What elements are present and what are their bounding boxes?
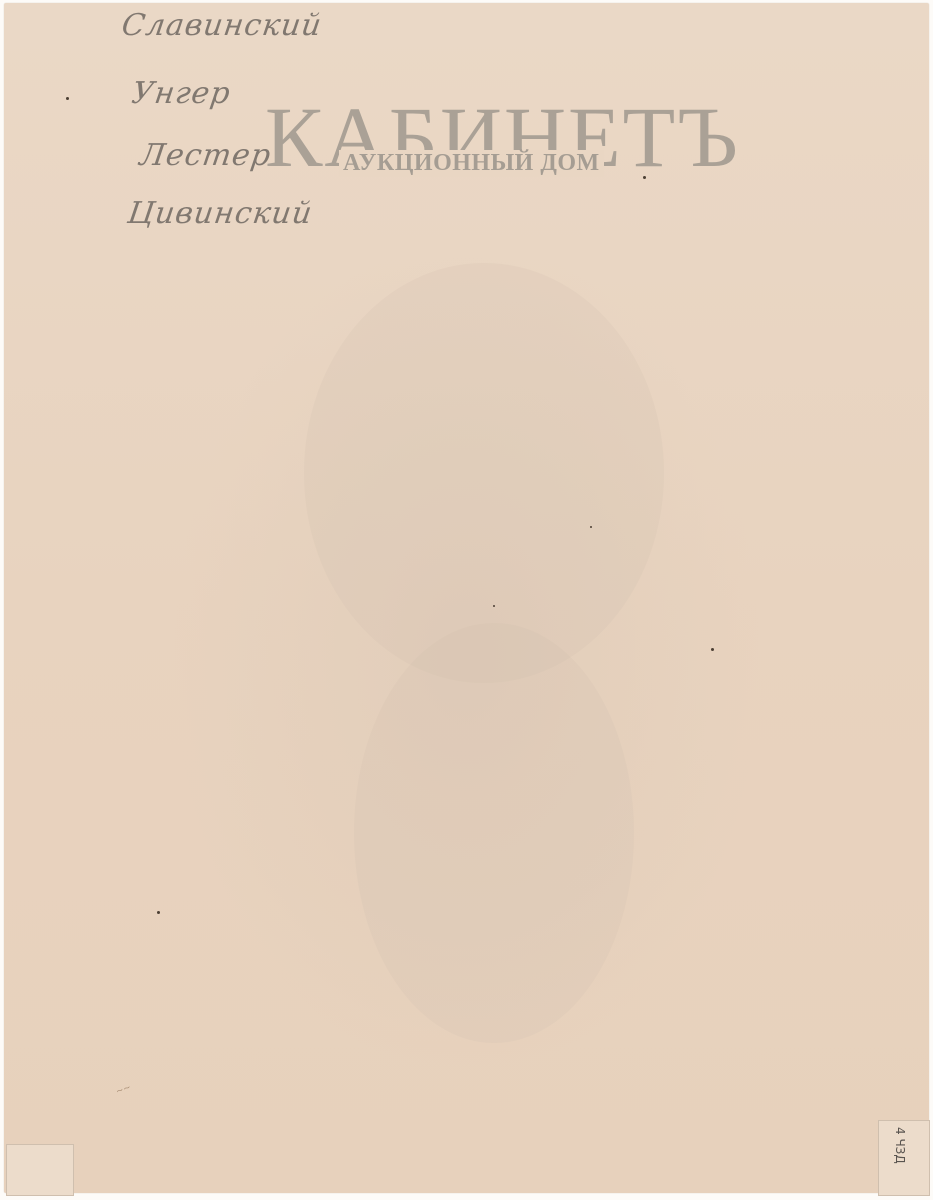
- speck: [66, 97, 69, 100]
- speck: [493, 605, 495, 607]
- watermark-subtitle: АУКЦИОННЫЙ ДОМ: [339, 150, 604, 177]
- auction-house-watermark: КАБИНЕТЪ АУКЦИОННЫЙ ДОМ: [265, 92, 675, 182]
- faint-figure-shadow: [354, 623, 634, 1043]
- corner-label-right: 4 ЧЗД: [878, 1120, 930, 1196]
- corner-label-text: 4 ЧЗД: [893, 1127, 907, 1164]
- corner-label-left: [6, 1144, 74, 1196]
- faint-figure-shadow: [304, 263, 664, 683]
- speck: [590, 526, 592, 528]
- inscription-1: Славинский: [120, 8, 325, 43]
- inscription-2: Унгер: [130, 76, 233, 111]
- speck: [643, 176, 646, 179]
- speck: [711, 648, 714, 651]
- inscription-3: Лестер: [138, 138, 274, 173]
- inscription-4: Цивинский: [126, 196, 315, 231]
- speck: [157, 911, 160, 914]
